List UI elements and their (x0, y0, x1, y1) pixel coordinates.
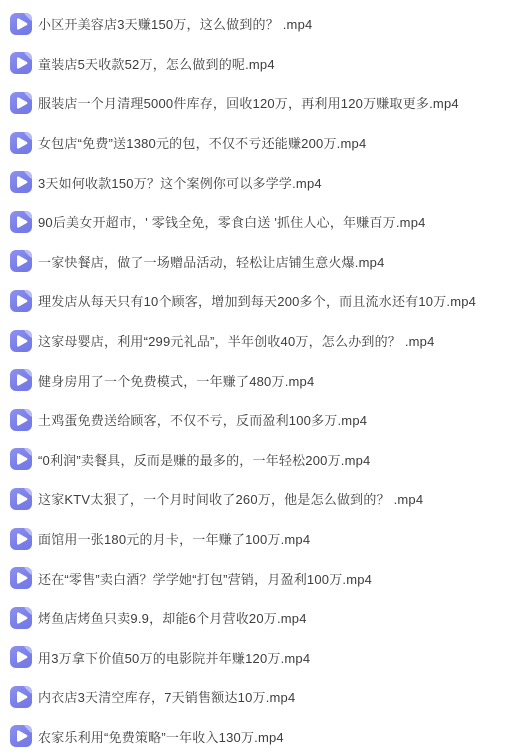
file-row[interactable]: 面馆用一张180元的月卡，一年赚了100万.mp4 (0, 519, 507, 559)
file-name: 童装店5天收款52万，怎么做到的呢.mp4 (38, 54, 275, 73)
video-play-icon (10, 488, 32, 510)
file-name: 健身房用了一个免费模式，一年赚了480万.mp4 (38, 371, 314, 390)
file-name: 烤鱼店烤鱼只卖9.9，却能6个月营收20万.mp4 (38, 608, 307, 627)
video-play-icon (10, 567, 32, 589)
file-name: 还在“零售”卖白酒？学学她“打包”营销，月盈利100万.mp4 (38, 569, 372, 588)
file-row[interactable]: 女包店“免费”送1380元的包，不仅不亏还能赚200万.mp4 (0, 123, 507, 163)
video-play-icon (10, 92, 32, 114)
file-name: 面馆用一张180元的月卡，一年赚了100万.mp4 (38, 529, 310, 548)
file-row[interactable]: 童装店5天收款52万，怎么做到的呢.mp4 (0, 44, 507, 84)
file-row[interactable]: 小区开美容店3天赚150万，这么做到的？ .mp4 (0, 4, 507, 44)
file-name: 内衣店3天清空库存，7天销售额达10万.mp4 (38, 687, 295, 706)
file-name: 理发店从每天只有10个顾客，增加到每天200多个，而且流水还有10万.mp4 (38, 291, 476, 310)
file-row[interactable]: 用3万拿下价值50万的电影院并年赚120万.mp4 (0, 638, 507, 678)
video-play-icon (10, 52, 32, 74)
file-name: 用3万拿下价值50万的电影院并年赚120万.mp4 (38, 648, 310, 667)
file-name: “0利润”卖餐具，反而是赚的最多的，一年轻松200万.mp4 (38, 450, 370, 469)
file-row[interactable]: 还在“零售”卖白酒？学学她“打包”营销，月盈利100万.mp4 (0, 558, 507, 598)
video-play-icon (10, 725, 32, 747)
video-play-icon (10, 132, 32, 154)
file-name: 服装店一个月清理5000件库存，回收120万，再利用120万赚取更多.mp4 (38, 93, 459, 112)
file-name: 这家KTV太狠了，一个月时间收了260万，他是怎么做到的？ .mp4 (38, 489, 423, 508)
video-play-icon (10, 646, 32, 668)
file-name: 这家母婴店，利用“299元礼品”，半年创收40万，怎么办到的？ .mp4 (38, 331, 435, 350)
video-play-icon (10, 13, 32, 35)
file-row[interactable]: 农家乐利用“免费策略”一年收入130万.mp4 (0, 717, 507, 756)
video-play-icon (10, 607, 32, 629)
file-row[interactable]: 3天如何收款150万？这个案例你可以多学学.mp4 (0, 162, 507, 202)
file-row[interactable]: 土鸡蛋免费送给顾客，不仅不亏，反而盈利100多万.mp4 (0, 400, 507, 440)
file-list: 小区开美容店3天赚150万，这么做到的？ .mp4童装店5天收款52万，怎么做到… (0, 0, 507, 756)
video-play-icon (10, 330, 32, 352)
file-row[interactable]: 烤鱼店烤鱼只卖9.9，却能6个月营收20万.mp4 (0, 598, 507, 638)
file-name: 土鸡蛋免费送给顾客，不仅不亏，反而盈利100多万.mp4 (38, 410, 367, 429)
video-play-icon (10, 250, 32, 272)
file-name: 90后美女开超市，' 零钱全免，零食白送 '抓住人心，年赚百万.mp4 (38, 212, 426, 231)
video-play-icon (10, 369, 32, 391)
video-play-icon (10, 686, 32, 708)
file-row[interactable]: 这家KTV太狠了，一个月时间收了260万，他是怎么做到的？ .mp4 (0, 479, 507, 519)
file-name: 农家乐利用“免费策略”一年收入130万.mp4 (38, 727, 284, 746)
file-row[interactable]: 内衣店3天清空库存，7天销售额达10万.mp4 (0, 677, 507, 717)
file-name: 3天如何收款150万？这个案例你可以多学学.mp4 (38, 173, 322, 192)
video-play-icon (10, 211, 32, 233)
file-row[interactable]: 服装店一个月清理5000件库存，回收120万，再利用120万赚取更多.mp4 (0, 83, 507, 123)
file-row[interactable]: “0利润”卖餐具，反而是赚的最多的，一年轻松200万.mp4 (0, 440, 507, 480)
file-name: 小区开美容店3天赚150万，这么做到的？ .mp4 (38, 14, 312, 33)
file-row[interactable]: 这家母婴店，利用“299元礼品”，半年创收40万，怎么办到的？ .mp4 (0, 321, 507, 361)
video-play-icon (10, 528, 32, 550)
video-play-icon (10, 290, 32, 312)
file-row[interactable]: 健身房用了一个免费模式，一年赚了480万.mp4 (0, 360, 507, 400)
file-name: 一家快餐店，做了一场赠品活动，轻松让店铺生意火爆.mp4 (38, 252, 385, 271)
file-row[interactable]: 90后美女开超市，' 零钱全免，零食白送 '抓住人心，年赚百万.mp4 (0, 202, 507, 242)
video-play-icon (10, 448, 32, 470)
video-play-icon (10, 409, 32, 431)
file-row[interactable]: 一家快餐店，做了一场赠品活动，轻松让店铺生意火爆.mp4 (0, 242, 507, 282)
file-name: 女包店“免费”送1380元的包，不仅不亏还能赚200万.mp4 (38, 133, 366, 152)
video-play-icon (10, 171, 32, 193)
file-row[interactable]: 理发店从每天只有10个顾客，增加到每天200多个，而且流水还有10万.mp4 (0, 281, 507, 321)
